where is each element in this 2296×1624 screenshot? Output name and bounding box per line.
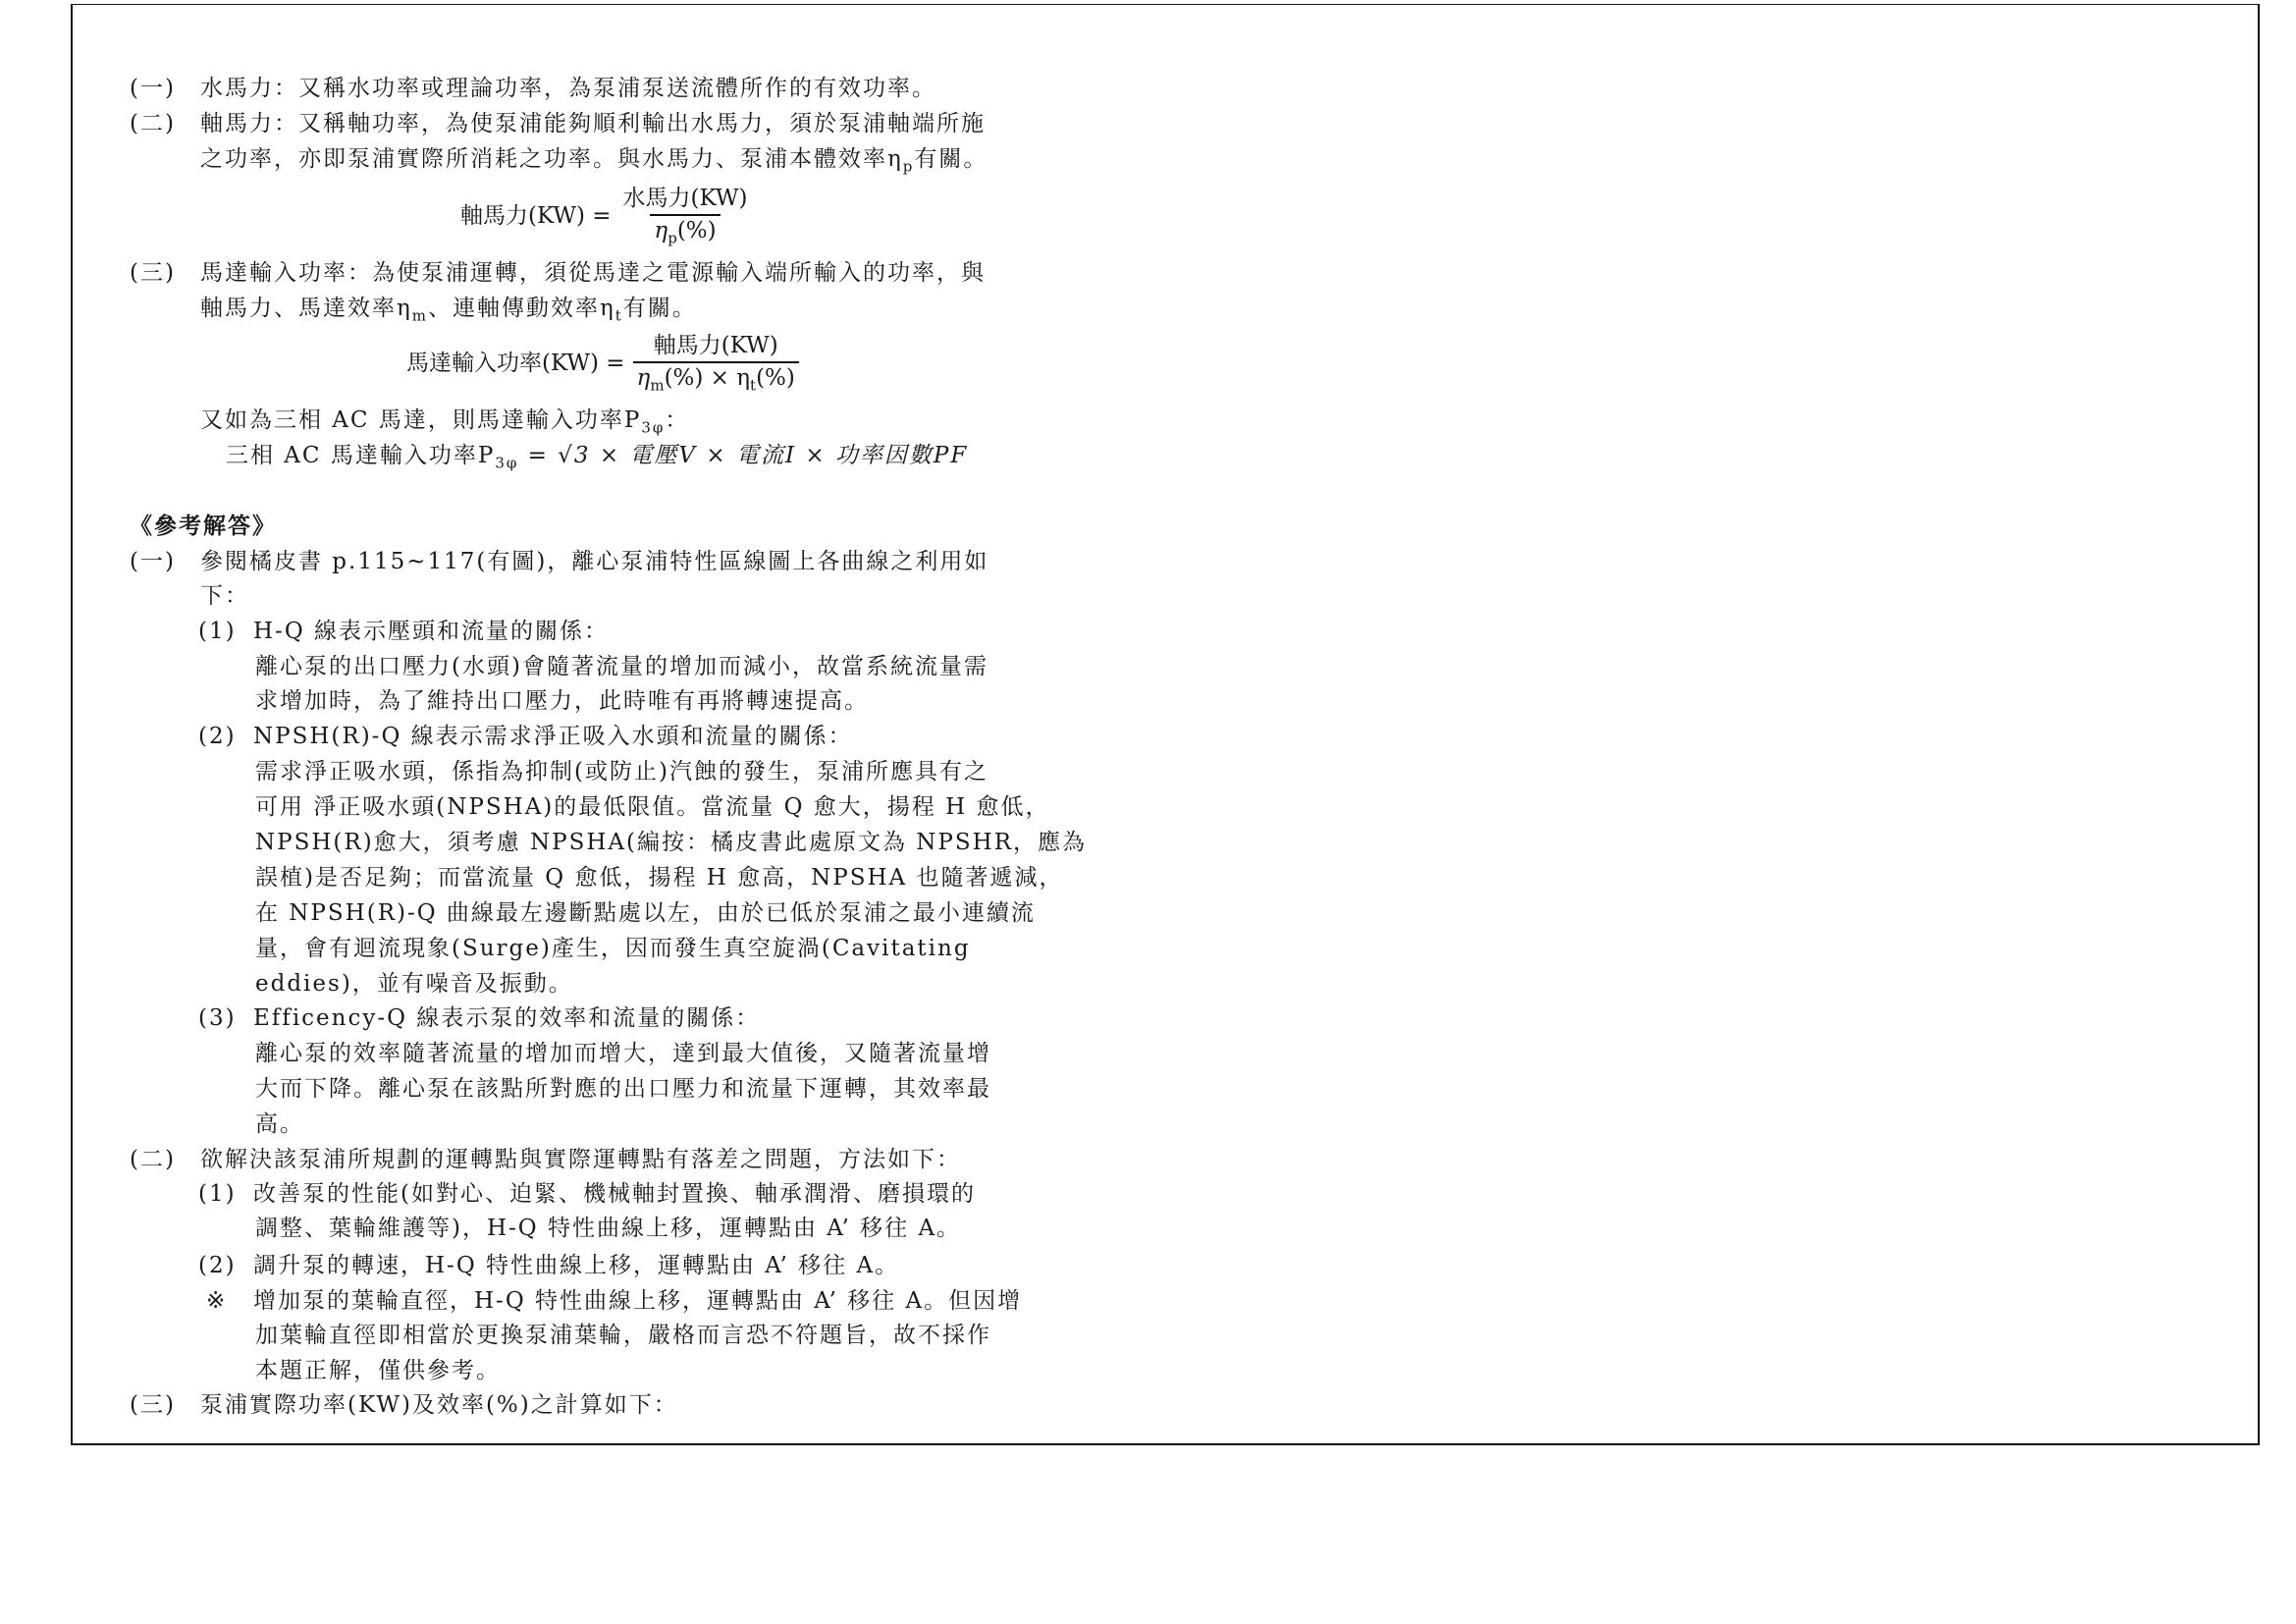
answer-2-sub-2: (2)調升泵的轉速，H-Q 特性曲線上移，運轉點由 A’ 移往 A。 <box>198 1251 899 1280</box>
subscript: m <box>650 377 664 395</box>
formula-shaft-power: 軸馬力(KW) = 水馬力(KW) ηp(%) <box>460 180 752 247</box>
sub-number: (3) <box>198 1003 253 1033</box>
paragraph-line: 需求淨正吸水頭，係指為抑制(或防止)汽蝕的發生，泵浦所應具有之 <box>255 757 988 786</box>
item-text: 軸馬力、馬達效率η <box>200 296 412 321</box>
item-number: (一) <box>130 74 200 103</box>
eta-symbol: η <box>637 365 651 391</box>
paragraph-line: 求增加時，為了維持出口壓力，此時唯有再將轉速提高。 <box>255 686 869 716</box>
item-number: (一) <box>130 547 200 576</box>
item-text: 水馬力：又稱水功率或理論功率，為泵浦泵送流體所作的有效功率。 <box>200 76 936 101</box>
item-text: 欲解決該泵浦所規劃的運轉點與實際運轉點有落差之問題，方法如下： <box>200 1147 961 1172</box>
paragraph-line: 在 NPSH(R)-Q 曲線最左邊斷點處以左，由於已低於泵浦之最小連續流 <box>255 898 1036 928</box>
truncated-text-left: …… <box>578 1435 608 1445</box>
answer-part-1: (一)參閱橘皮書 p.115~117(有圖)，離心泵浦特性區線圖上各曲線之利用如 <box>130 547 988 576</box>
paragraph-line: 改善泵的性能(如對心、迫緊、機械軸封置換、軸承潤滑、磨損環的 <box>253 1181 976 1207</box>
answer-2-note: ※增加泵的葉輪直徑，H-Q 特性曲線上移，運轉點由 A’ 移往 A。但因增 <box>206 1286 1022 1316</box>
note-mark: ※ <box>206 1286 253 1316</box>
paragraph-line: eddies)，並有噪音及振動。 <box>255 969 573 999</box>
fraction: 軸馬力(KW) ηm(%) × ηt(%) <box>633 327 799 395</box>
paragraph-line: 本題正解，僅供參考。 <box>255 1356 501 1385</box>
definition-item-1: (一)水馬力：又稱水功率或理論功率，為泵浦泵送流體所作的有效功率。 <box>130 74 936 103</box>
sub-number: (1) <box>198 617 253 646</box>
denominator: ηp(%) <box>650 214 720 247</box>
den-text: (%) × η <box>665 365 750 391</box>
three-phase-intro: 又如為三相 AC 馬達，則馬達輸入功率P3φ： <box>200 406 689 443</box>
definition-item-3-cont: 軸馬力、馬達效率ηm、連軸傳動效率ηt有關。 <box>200 294 697 331</box>
paragraph-line: 大而下降。離心泵在該點所對應的出口壓力和流量下運轉，其效率最 <box>255 1074 991 1104</box>
formula-lhs: 軸馬力(KW) = <box>460 197 612 230</box>
item-text: 泵浦實際功率(KW)及效率(%)之計算如下： <box>200 1392 678 1418</box>
paragraph-line: 增加泵的葉輪直徑，H-Q 特性曲線上移，運轉點由 A’ 移往 A。但因增 <box>253 1288 1022 1314</box>
item-number: (二) <box>130 1145 200 1174</box>
answer-2-sub-1: (1)改善泵的性能(如對心、迫緊、機械軸封置換、軸承潤滑、磨損環的 <box>198 1179 976 1209</box>
document-page: (一)水馬力：又稱水功率或理論功率，為泵浦泵送流體所作的有效功率。 (二)軸馬力… <box>71 4 2260 1445</box>
paragraph-line: 離心泵的效率隨著流量的增加而增大，達到最大值後，又隨著流量增 <box>255 1039 991 1068</box>
percent: (%) <box>756 365 795 391</box>
answer-1-sub-1: (1)H-Q 線表示壓頭和流量的關係： <box>198 617 609 646</box>
subscript: 3φ <box>641 419 665 437</box>
answer-heading: 《參考解答》 <box>130 512 277 541</box>
paragraph-line: 誤植)是否足夠；而當流量 Q 愈低，揚程 H 愈高，NPSHA 也隨著遞減， <box>255 863 1063 893</box>
definition-item-2: (二)軸馬力：又稱軸功率，為使泵浦能夠順利輸出水馬力，須於泵浦軸端所施 <box>130 109 986 138</box>
paragraph-line: 量，會有迴流現象(Surge)產生，因而發生真空旋渦(Cavitating <box>255 934 971 963</box>
item-text: 有關。 <box>914 146 988 172</box>
fraction: 水馬力(KW) ηp(%) <box>619 180 752 247</box>
sub-title: NPSH(R)-Q 線表示需求淨正吸入水頭和流量的關係： <box>253 724 853 749</box>
answer-1-sub-3: (3)Efficency-Q 線表示泵的效率和流量的關係： <box>198 1003 760 1033</box>
subscript: p <box>667 230 677 247</box>
numerator: 水馬力(KW) <box>619 180 752 214</box>
percent: (%) <box>677 218 717 244</box>
definition-item-3: (三)馬達輸入功率：為使泵浦運轉，須從馬達之電源輸入端所輸入的功率，與 <box>130 258 986 288</box>
item-number: (三) <box>130 258 200 288</box>
formula-text: 三相 AC 馬達輸入功率P <box>226 443 495 468</box>
paragraph-line: 高。 <box>255 1110 304 1139</box>
truncated-text-right: …………………… <box>828 1435 946 1445</box>
definition-item-2-cont: 之功率，亦即泵浦實際所消耗之功率。與水馬力、泵浦本體效率ηp有關。 <box>200 144 988 182</box>
item-text: ： <box>665 407 689 433</box>
answer-1-sub-2: (2)NPSH(R)-Q 線表示需求淨正吸入水頭和流量的關係： <box>198 722 853 751</box>
answer-part-2: (二)欲解決該泵浦所規劃的運轉點與實際運轉點有落差之問題，方法如下： <box>130 1145 961 1174</box>
paragraph-line: 可用 淨正吸水頭(NPSHA)的最低限值。當流量 Q 愈大，揚程 H 愈低， <box>255 792 1049 822</box>
item-text: 馬達輸入功率：為使泵浦運轉，須從馬達之電源輸入端所輸入的功率，與 <box>200 260 986 286</box>
paragraph-line: 調整、葉輪維護等)，H-Q 特性曲線上移，運轉點由 A’ 移往 A。 <box>255 1214 961 1243</box>
formula-lhs: 馬達輸入功率(KW) = <box>406 345 625 377</box>
item-text: 又如為三相 AC 馬達，則馬達輸入功率P <box>200 407 641 433</box>
sub-number: (1) <box>198 1179 253 1209</box>
formula-motor-input-power: 馬達輸入功率(KW) = 軸馬力(KW) ηm(%) × ηt(%) <box>406 327 799 395</box>
sub-number: (2) <box>198 722 253 751</box>
answer-part-1-cont: 下： <box>200 581 249 611</box>
formula-text: = √3 × 電壓V × 電流I × 功率因數PF <box>518 443 968 468</box>
numerator: 軸馬力(KW) <box>650 327 782 361</box>
formula-three-phase: 三相 AC 馬達輸入功率P3φ = √3 × 電壓V × 電流I × 功率因數P… <box>226 441 968 478</box>
eta-symbol: η <box>654 218 667 244</box>
paragraph-line: 調升泵的轉速，H-Q 特性曲線上移，運轉點由 A’ 移往 A。 <box>253 1253 899 1278</box>
subscript: t <box>615 307 623 325</box>
sub-title: H-Q 線表示壓頭和流量的關係： <box>253 619 609 644</box>
subscript: 3φ <box>495 455 518 472</box>
subscript: m <box>412 307 428 325</box>
item-text: 參閱橘皮書 p.115~117(有圖)，離心泵浦特性區線圖上各曲線之利用如 <box>200 549 988 574</box>
answer-part-3: (三)泵浦實際功率(KW)及效率(%)之計算如下： <box>130 1390 678 1420</box>
denominator: ηm(%) × ηt(%) <box>633 361 799 395</box>
paragraph-line: NPSH(R)愈大，須考慮 NPSHA(編按：橘皮書此處原文為 NPSHR，應為 <box>255 828 1087 857</box>
paragraph-line: 加葉輪直徑即相當於更換泵浦葉輪，嚴格而言恐不符題旨，故不採作 <box>255 1321 991 1350</box>
item-text: 有關。 <box>623 296 697 321</box>
item-text: 軸馬力：又稱軸功率，為使泵浦能夠順利輸出水馬力，須於泵浦軸端所施 <box>200 111 986 136</box>
item-number: (二) <box>130 109 200 138</box>
sub-number: (2) <box>198 1251 253 1280</box>
sub-title: Efficency-Q 線表示泵的效率和流量的關係： <box>253 1005 760 1031</box>
paragraph-line: 離心泵的出口壓力(水頭)會隨著流量的增加而減小，故當系統流量需 <box>255 652 988 681</box>
item-text: 、連軸傳動效率η <box>428 296 615 321</box>
item-number: (三) <box>130 1390 200 1420</box>
subscript: p <box>903 158 915 176</box>
item-text: 之功率，亦即泵浦實際所消耗之功率。與水馬力、泵浦本體效率η <box>200 146 903 172</box>
